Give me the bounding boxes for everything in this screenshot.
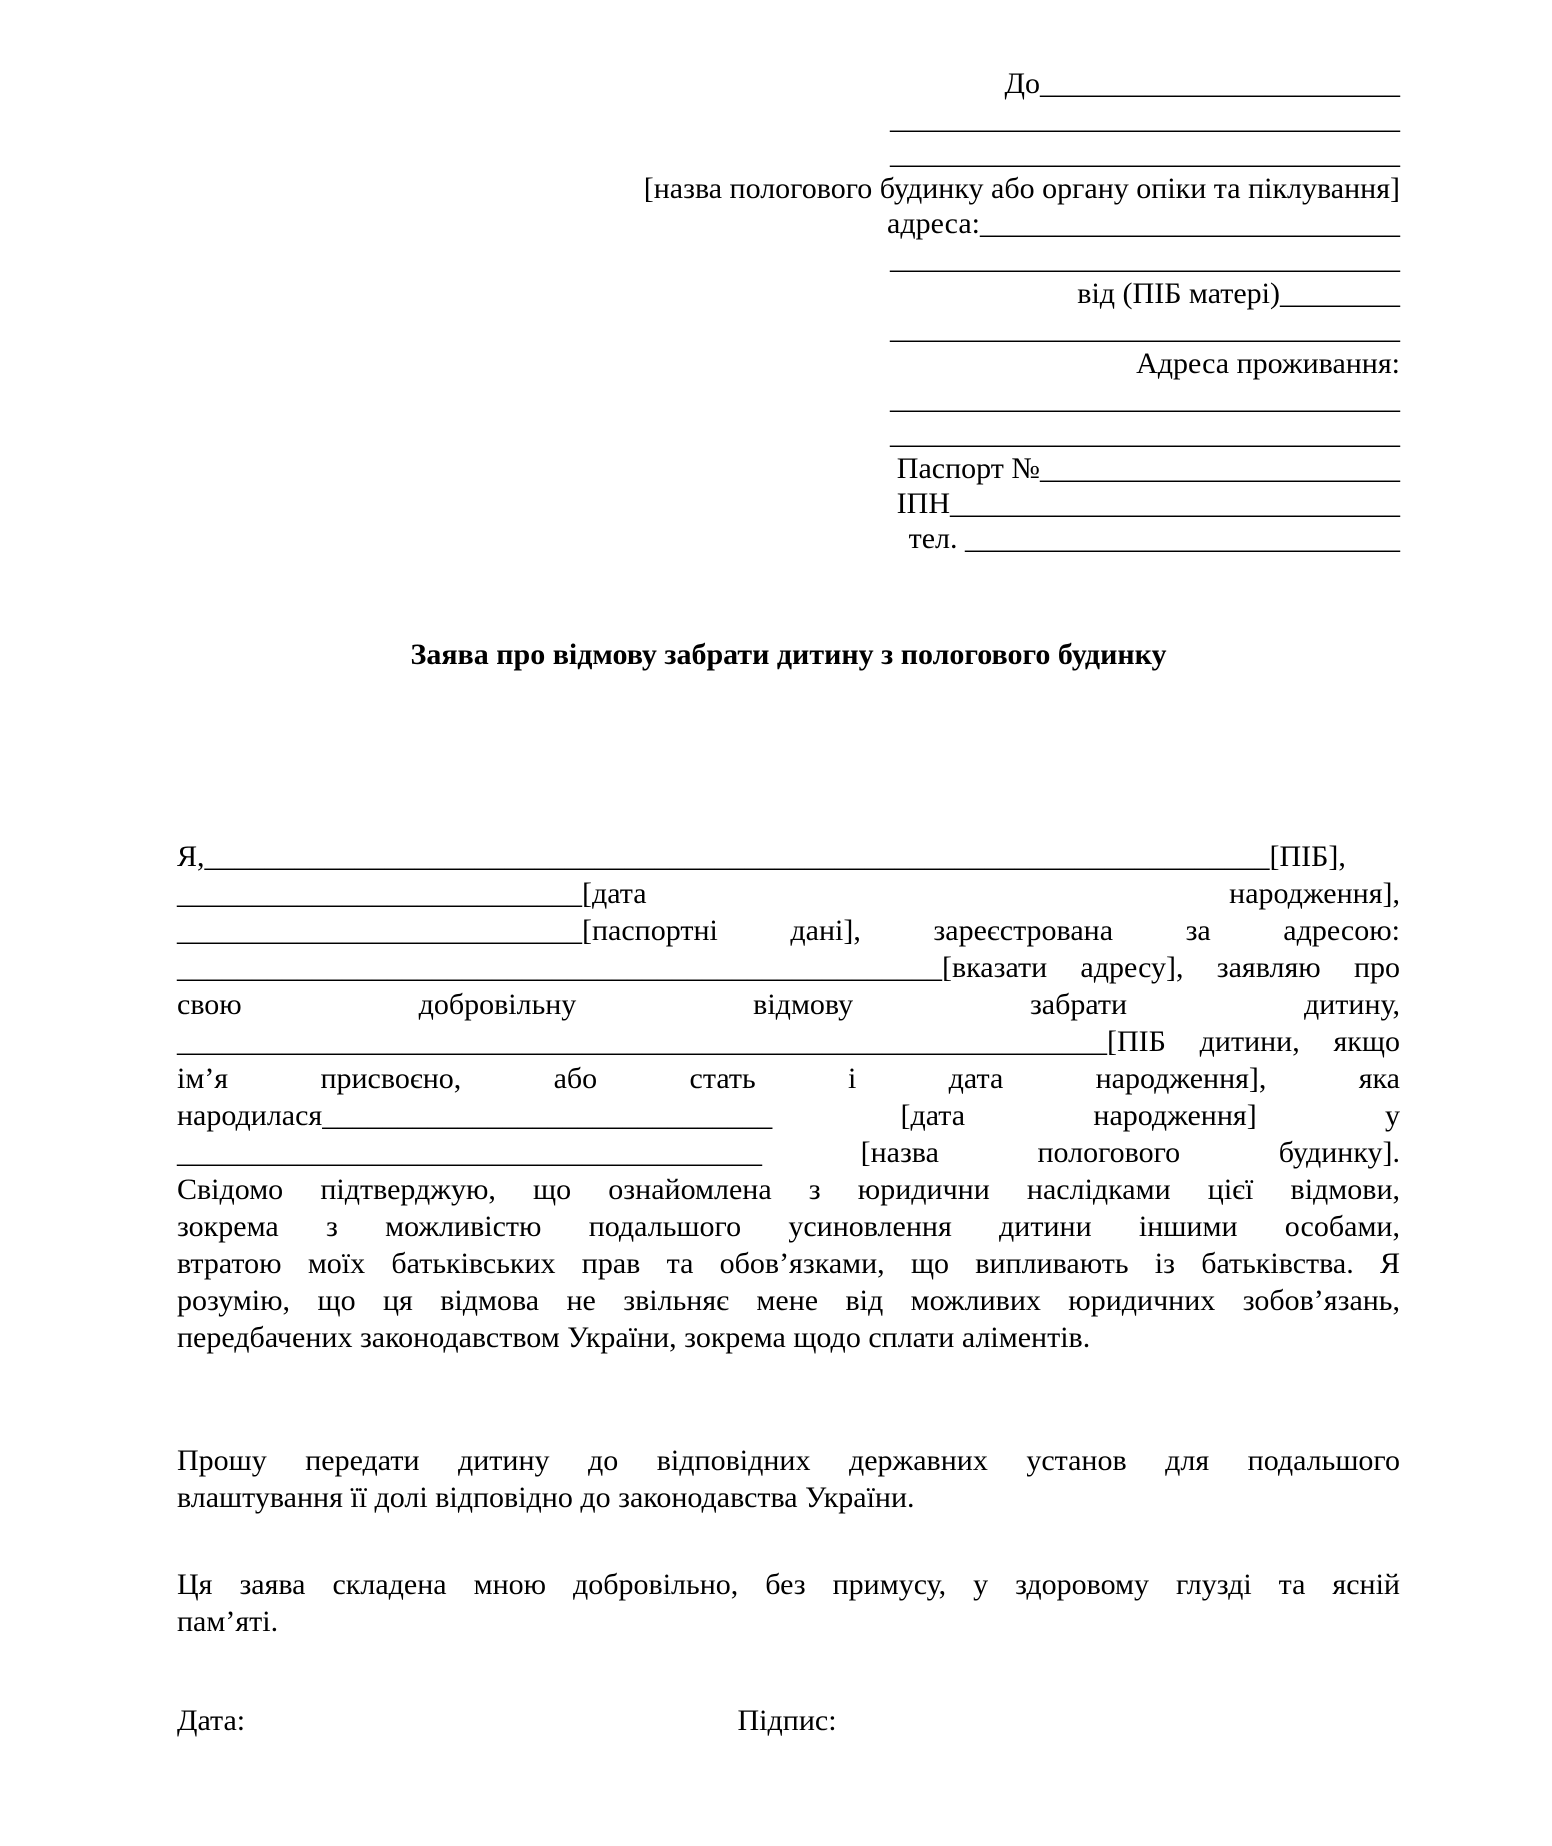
text-line: Я,______________________________________… [177, 838, 1400, 875]
text-line: від (ПІБ матері)________ [177, 276, 1400, 311]
signature-label: Підпис: [738, 1702, 837, 1739]
text-line: ім’я присвоєно, або стать і дата народже… [177, 1060, 1400, 1097]
text-line: __________________________________ [177, 311, 1400, 346]
text-line: втратою моїх батьківських прав та обов’я… [177, 1245, 1400, 1282]
date-label: Дата: [177, 1702, 730, 1739]
text-line: Адреса проживання: [177, 346, 1400, 381]
recipient-block: До______________________________________… [177, 66, 1400, 556]
paragraph-voluntariness: Ця заява складена мною добровільно, без … [177, 1566, 1400, 1640]
text-line: Паспорт №________________________ [177, 451, 1400, 486]
text-line: пам’яті. [177, 1603, 1400, 1640]
text-line: передбачених законодавством України, зок… [177, 1319, 1400, 1356]
text-line: __________________________________ [177, 416, 1400, 451]
text-line: __________________________________ [177, 136, 1400, 171]
text-line: До________________________ [177, 66, 1400, 101]
text-line: ________________________________________… [177, 949, 1400, 986]
document-content: До______________________________________… [177, 0, 1400, 1739]
text-line: влаштування її долі відповідно до законо… [177, 1479, 1400, 1516]
paragraph-request: Прошу передати дитину до відповідних дер… [177, 1442, 1400, 1516]
text-line: [назва пологового будинку або органу опі… [177, 171, 1400, 206]
text-line: Прошу передати дитину до відповідних дер… [177, 1442, 1400, 1479]
document-title: Заява про відмову забрати дитину з полог… [177, 636, 1400, 673]
text-line: _______________________________________ … [177, 1134, 1400, 1171]
text-line: тел. _____________________________ [177, 521, 1400, 556]
text-line: Ця заява складена мною добровільно, без … [177, 1566, 1400, 1603]
text-line: ___________________________[паспортні да… [177, 912, 1400, 949]
text-line: ІПН______________________________ [177, 486, 1400, 521]
text-line: ________________________________________… [177, 1023, 1400, 1060]
text-line: розумію, що ця відмова не звільняє мене … [177, 1282, 1400, 1319]
text-line: народилася______________________________… [177, 1097, 1400, 1134]
text-line: Свідомо підтверджую, що ознайомлена з юр… [177, 1171, 1400, 1208]
text-line: адреса:____________________________ [177, 206, 1400, 241]
text-line: __________________________________ [177, 101, 1400, 136]
text-line: __________________________________ [177, 381, 1400, 416]
signature-row: Дата: Підпис: [177, 1702, 1400, 1739]
paragraph-declaration: Я,______________________________________… [177, 838, 1400, 1356]
text-line: __________________________________ [177, 241, 1400, 276]
document-page: До______________________________________… [0, 0, 1552, 1846]
text-line: ___________________________[дата народже… [177, 875, 1400, 912]
text-line: зокрема з можливістю подальшого усиновле… [177, 1208, 1400, 1245]
text-line: свою добровільну відмову забрати дитину, [177, 986, 1400, 1023]
